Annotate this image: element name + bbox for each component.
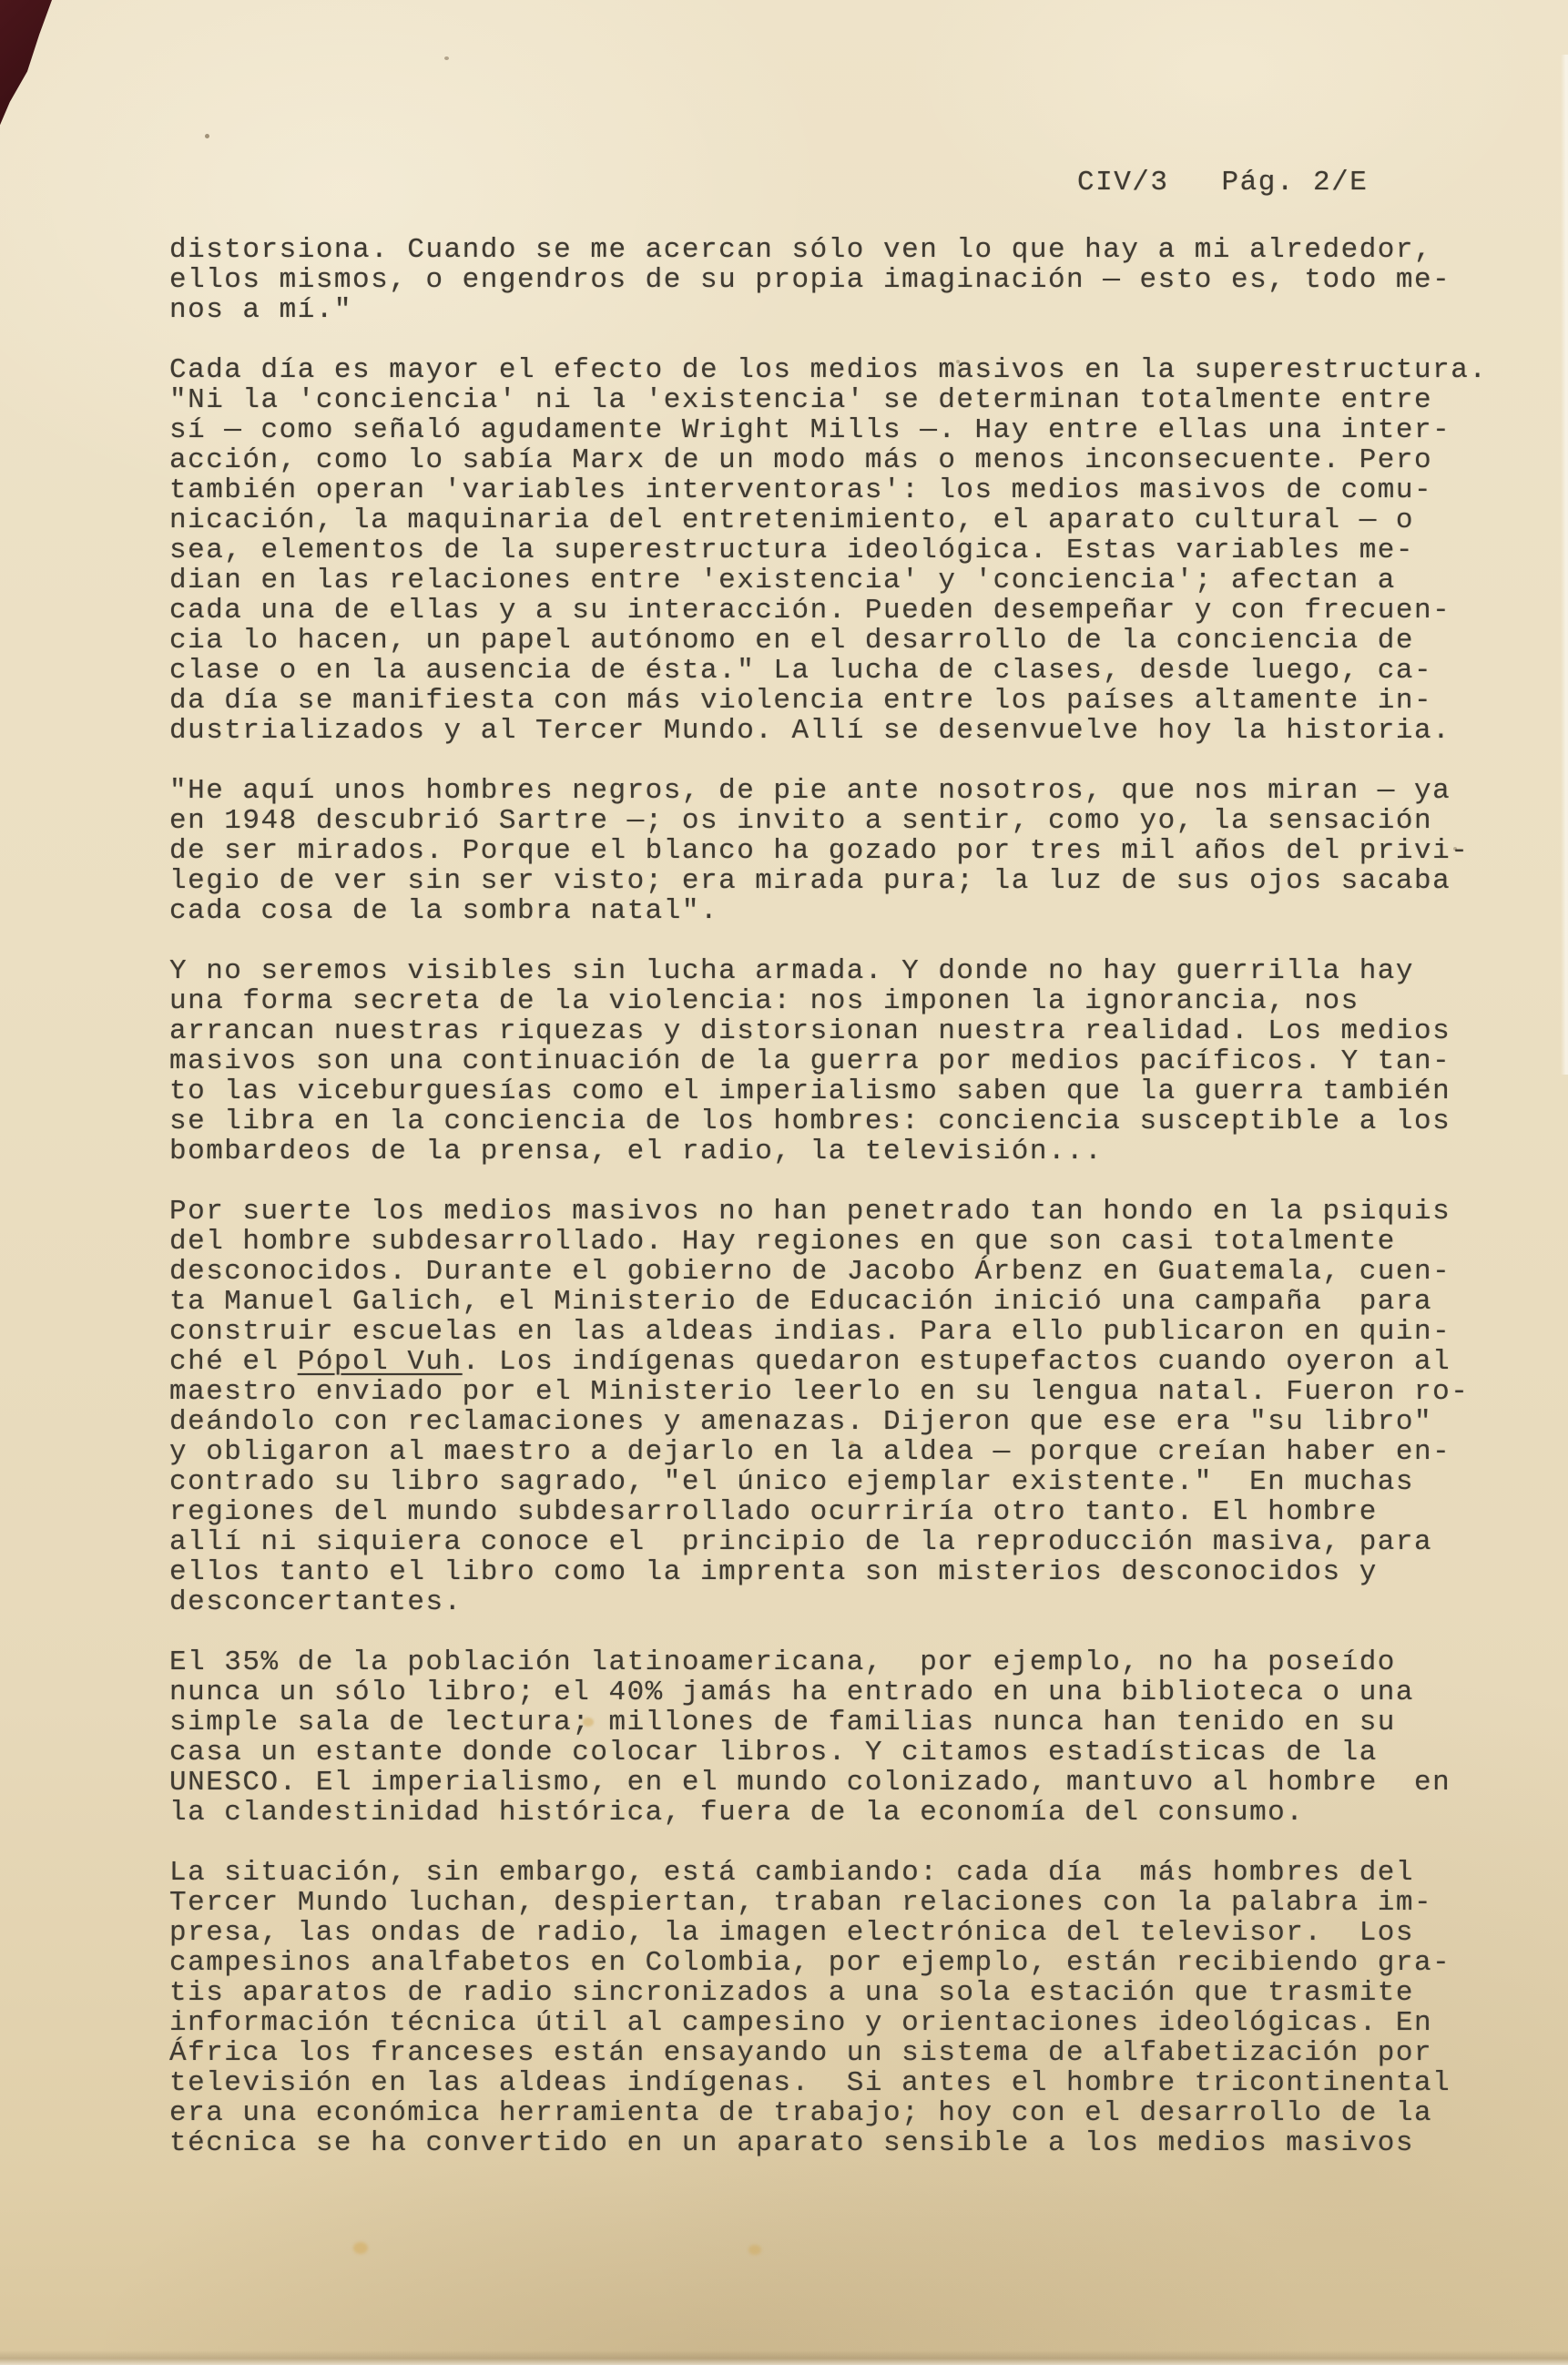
paragraph-5: Por suerte los medios masivos no han pen… (169, 1197, 1499, 1617)
document-page: CIV/3Pág. 2/E distorsiona. Cuando se me … (0, 0, 1568, 2365)
book-title-popol-vuh: Pópol Vuh (298, 1346, 463, 1378)
paragraph-4: Y no seremos visibles sin lucha armada. … (169, 956, 1499, 1167)
paragraph-7: La situación, sin embargo, está cambiand… (169, 1858, 1499, 2158)
paper-right-edge (1561, 55, 1568, 1075)
paragraph-2: Cada día es mayor el efecto de los medio… (169, 355, 1499, 746)
paragraph-3: "He aquí unos hombres negros, de pie ant… (169, 776, 1499, 926)
paper-bottom-edge (0, 2350, 1568, 2365)
paragraph-5-text-cont: . Los indígenas quedaron estupefactos cu… (169, 1346, 1469, 1618)
torn-corner-backing (0, 0, 55, 127)
page-header: CIV/3Pág. 2/E (1077, 167, 1368, 199)
paragraph-1: distorsiona. Cuando se me acercan sólo v… (169, 235, 1499, 325)
paper-stain (353, 2242, 368, 2254)
page-number: Pág. 2/E (1222, 167, 1369, 199)
paragraph-6: El 35% de la población latinoamericana, … (169, 1647, 1499, 1828)
paper-speck (444, 56, 449, 60)
document-body: distorsiona. Cuando se me acercan sólo v… (169, 235, 1499, 2188)
doc-code: CIV/3 (1077, 167, 1169, 199)
paper-stain (748, 2245, 761, 2255)
paper-speck (205, 134, 209, 138)
